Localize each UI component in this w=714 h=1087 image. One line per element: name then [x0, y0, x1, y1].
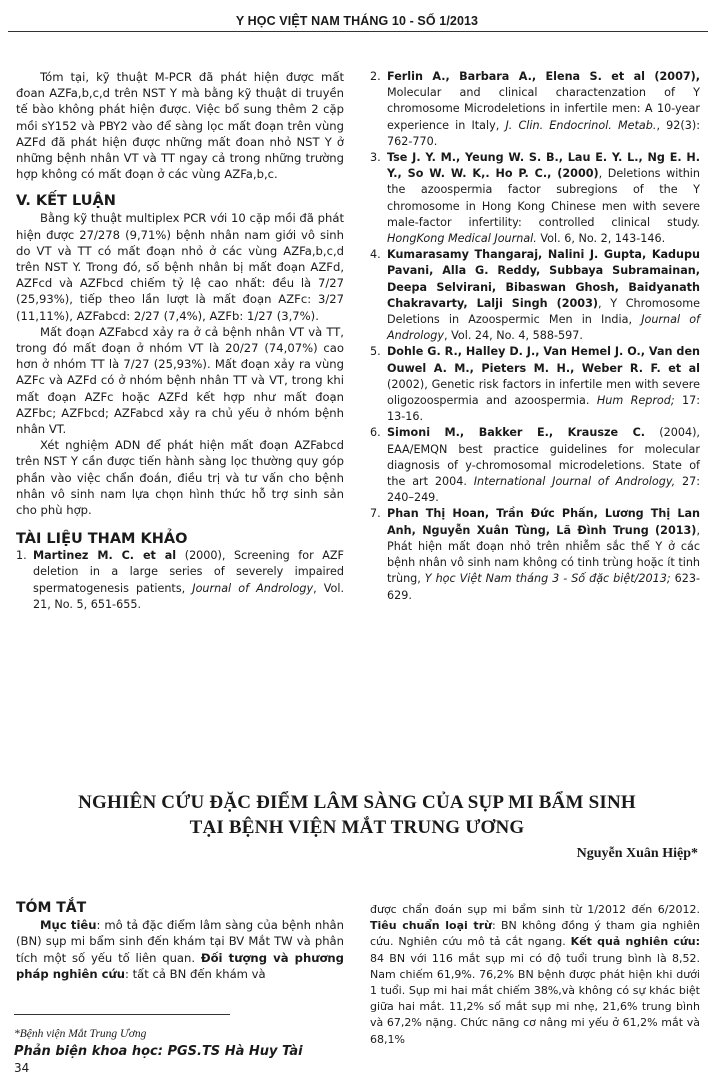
abstract-paragraph-continued: được chẩn đoán sụp mi bẩm sinh từ 1/2012…: [370, 902, 700, 1048]
reference-item: 2.Ferlin A., Barbara A., Elena S. et al …: [370, 69, 700, 150]
abstract-heading: TÓM TẮT: [16, 900, 344, 916]
article-title-line-1: NGHIÊN CỨU ĐẶC ĐIỂM LÂM SÀNG CỦA SỤP MI …: [0, 790, 714, 815]
abstract-paragraph: Mục tiêu: mô tả đặc điểm lâm sàng của bệ…: [16, 917, 344, 982]
page-number: 34: [14, 1061, 29, 1075]
reference-item: 5.Dohle G. R., Halley D. J., Van Hemel J…: [370, 344, 700, 425]
references-heading: TÀI LIỆU THAM KHẢO: [16, 530, 344, 548]
abstract-right-column: được chẩn đoán sụp mi bẩm sinh từ 1/2012…: [370, 902, 700, 1048]
reference-item: 6.Simoni M., Bakker E., Krausze C. (2004…: [370, 425, 700, 506]
article-author: Nguyễn Xuân Hiệp*: [577, 846, 698, 862]
conclusion-paragraph-1: Bằng kỹ thuật multiplex PCR với 10 cặp m…: [16, 210, 344, 323]
abstract-left-column: TÓM TẮT Mục tiêu: mô tả đặc điểm lâm sàn…: [16, 900, 344, 982]
reference-journal: J. Clin. Endocrinol. Metab.: [505, 119, 656, 132]
reference-item: 3.Tse J. Y. M., Yeung W. S. B., Lau E. Y…: [370, 150, 700, 247]
reference-authors: Ferlin A., Barbara A., Elena S. et al (2…: [387, 70, 700, 83]
reference-item: 7.Phan Thị Hoan, Trần Đức Phấn, Lương Th…: [370, 506, 700, 603]
conclusion-paragraph-3: Xét nghiệm ADN để phát hiện mất đoạn AZF…: [16, 437, 344, 518]
reference-journal: Journal of Andrology: [192, 582, 313, 595]
running-header: Y HỌC VIỆT NAM THÁNG 10 - SỐ 1/2013: [0, 14, 714, 28]
discussion-paragraph: Tóm tại, kỹ thuật M-PCR đã phát hiện đượ…: [16, 69, 344, 182]
footnote-reviewer: Phản biện khoa học: PGS.TS Hà Huy Tài: [14, 1044, 303, 1059]
conclusion-heading: V. KẾT LUẬN: [16, 192, 344, 210]
reference-authors: Simoni M., Bakker E., Krausze C.: [387, 426, 645, 439]
reference-item: 1.Martinez M. C. et al (2000), Screening…: [16, 548, 344, 613]
conclusion-paragraph-2: Mất đoạn AZFabcd xảy ra ở cả bệnh nhân V…: [16, 324, 344, 437]
reference-list-right: 2.Ferlin A., Barbara A., Elena S. et al …: [370, 69, 700, 604]
reference-journal: HongKong Medical Journal.: [387, 232, 537, 245]
left-column: Tóm tại, kỹ thuật M-PCR đã phát hiện đượ…: [16, 69, 344, 613]
article-title: NGHIÊN CỨU ĐẶC ĐIỂM LÂM SÀNG CỦA SỤP MI …: [0, 790, 714, 840]
reference-authors: Phan Thị Hoan, Trần Đức Phấn, Lương Thị …: [387, 507, 700, 536]
footnote-rule: [14, 1014, 230, 1015]
reference-journal: International Journal of Andrology,: [474, 475, 675, 488]
reference-journal: Y học Việt Nam tháng 3 - Số đặc biệt/201…: [425, 572, 671, 585]
reference-journal: Hum Reprod;: [597, 394, 675, 407]
reference-authors: Dohle G. R., Halley D. J., Van Hemel J. …: [387, 345, 700, 374]
right-column: 2.Ferlin A., Barbara A., Elena S. et al …: [370, 69, 700, 604]
reference-list-left: 1.Martinez M. C. et al (2000), Screening…: [16, 548, 344, 613]
footnote-affiliation: *Bệnh viện Mắt Trung Ương: [14, 1028, 146, 1040]
reference-authors: Martinez M. C. et al: [33, 549, 176, 562]
article-title-line-2: TẠI BỆNH VIỆN MẮT TRUNG ƯƠNG: [0, 815, 714, 840]
header-rule: [8, 31, 708, 32]
reference-item: 4.Kumarasamy Thangaraj, Nalini J. Gupta,…: [370, 247, 700, 344]
